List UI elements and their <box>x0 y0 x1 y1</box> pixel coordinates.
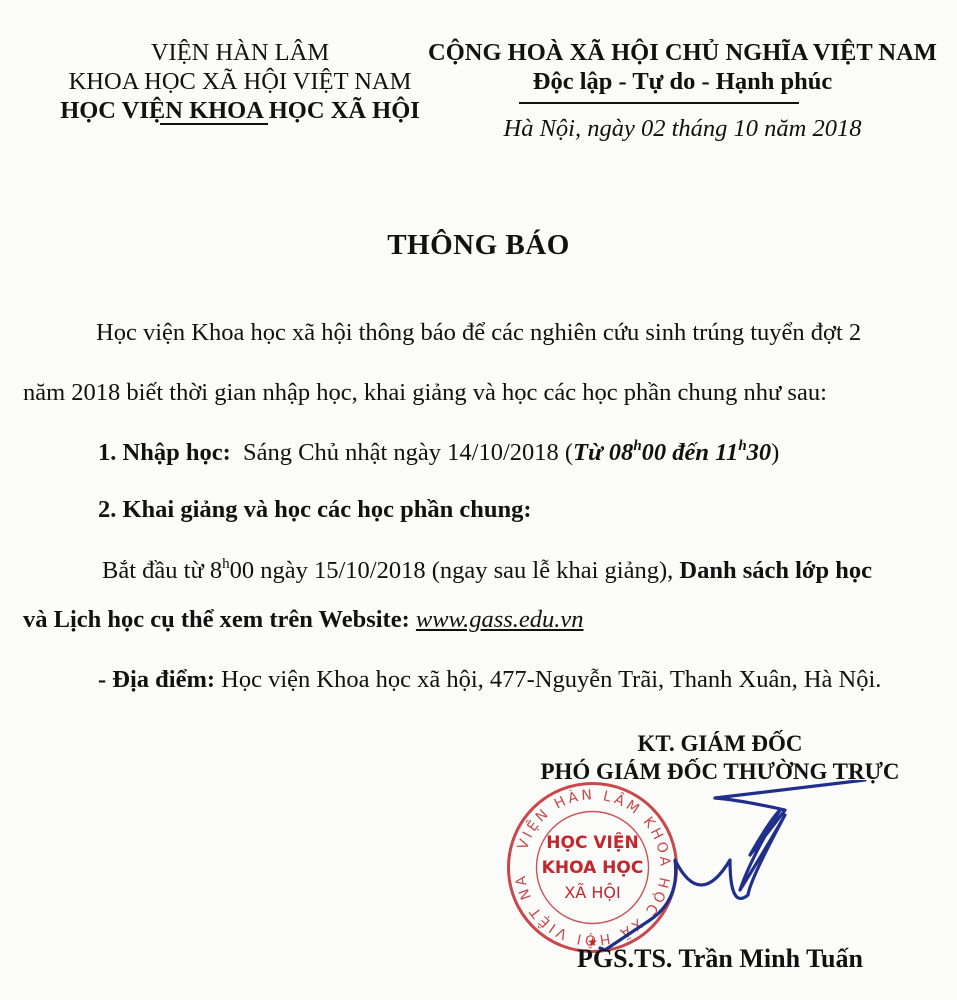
document-title: THÔNG BÁO <box>0 229 957 262</box>
signer-name: PGS.TS. Trần Minh Tuấn <box>540 944 900 974</box>
org-parent-line2: KHOA HỌC XÃ HỘI VIỆT NAM <box>20 67 460 96</box>
document-date: Hà Nội, ngày 02 tháng 10 năm 2018 <box>425 115 940 143</box>
org-parent-line1: VIỆN HÀN LÂM <box>20 38 460 67</box>
org-name: HỌC VIỆN KHOA HỌC XÃ HỘI <box>20 96 460 125</box>
item-enrollment: 1. Nhập học: Sáng Chủ nhật ngày 14/10/20… <box>98 438 779 467</box>
signature-title: KT. GIÁM ĐỐC PHÓ GIÁM ĐỐC THƯỜNG TRỰC <box>500 730 940 786</box>
website-link[interactable]: www.gass.edu.vn <box>416 606 584 633</box>
intro-line-1: Học viện Khoa học xã hội thông báo để cá… <box>96 319 861 347</box>
signature-title-line1: KT. GIÁM ĐỐC <box>500 730 940 758</box>
national-header: CỘNG HOÀ XÃ HỘI CHỦ NGHĨA VIỆT NAM Độc l… <box>425 38 940 96</box>
location-line: - Địa điểm: Học viện Khoa học xã hội, 47… <box>98 666 881 694</box>
item-opening-line-2: và Lịch học cụ thể xem trên Website: www… <box>23 606 584 634</box>
item-enrollment-text: Sáng Chủ nhật ngày 14/10/2018 ( <box>243 439 573 466</box>
item-enrollment-time: Từ 08h00 đến 11h30 <box>573 439 771 466</box>
item-opening-line-1: Bắt đầu từ 8h00 ngày 15/10/2018 (ngay sa… <box>102 556 872 585</box>
location-text: Học viện Khoa học xã hội, 477-Nguyễn Trã… <box>215 666 881 693</box>
national-motto: Độc lập - Tự do - Hạnh phúc <box>425 67 940 96</box>
motto-underline <box>519 102 799 104</box>
item-enrollment-label: 1. Nhập học: <box>98 439 231 466</box>
location-label: - Địa điểm: <box>98 666 215 693</box>
org-underline <box>160 123 268 125</box>
national-title: CỘNG HOÀ XÃ HỘI CHỦ NGHĨA VIỆT NAM <box>425 38 940 67</box>
issuing-organization: VIỆN HÀN LÂM KHOA HỌC XÃ HỘI VIỆT NAM HỌ… <box>20 38 460 125</box>
handwritten-signature <box>580 780 910 960</box>
intro-line-2: năm 2018 biết thời gian nhập học, khai g… <box>23 379 827 407</box>
item-opening-heading: 2. Khai giảng và học các học phần chung: <box>98 496 532 524</box>
